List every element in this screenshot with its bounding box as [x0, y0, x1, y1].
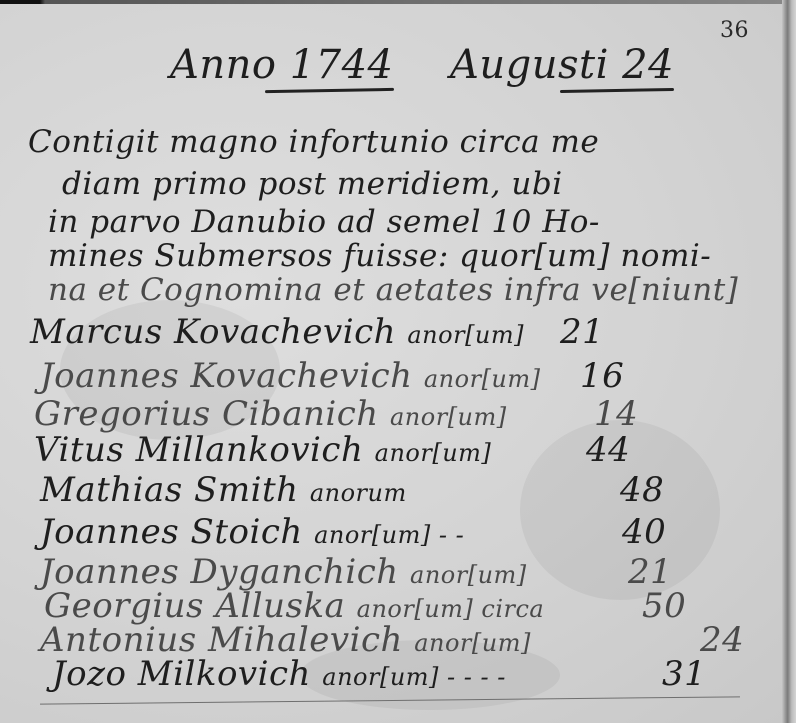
- entry-row: Gregorius Cibanich anor[um] 14: [34, 394, 507, 434]
- body-line-5: na et Cognomina et aetates infra ve[niun…: [48, 272, 738, 308]
- entry-row: Vitus Millankovich anor[um] 44: [34, 430, 491, 470]
- entry-name: Jozo Milkovich: [52, 654, 311, 694]
- entry-age-label: anor[um]: [407, 321, 524, 349]
- entry-age: 50: [642, 586, 686, 626]
- entry-age-label: anor[um]: [390, 403, 507, 431]
- entry-age-label: anor[um]: [410, 561, 527, 589]
- entry-age-label: anor[um] - - - -: [322, 663, 506, 691]
- entry-age-label: anor[um]: [375, 439, 492, 467]
- page-binding-edge: [782, 0, 796, 723]
- heading-year-text: Anno 1744: [170, 42, 394, 88]
- entry-age: 48: [620, 470, 664, 510]
- body-line-4: mines Submersos fuisse: quor[um] nomi-: [48, 238, 711, 274]
- entry-name: Marcus Kovachevich: [30, 312, 396, 352]
- entry-row: Joannes Kovachevich anor[um] 16: [40, 356, 541, 396]
- entry-age: 21: [560, 312, 604, 352]
- entry-age-label: anor[um]: [414, 629, 531, 657]
- entry-row: Mathias Smith anorum 48: [40, 470, 407, 510]
- heading-date: Augusti 24: [450, 42, 674, 88]
- entry-age-label: anor[um] - -: [314, 521, 464, 549]
- entry-age: 24: [700, 620, 744, 660]
- entry-age: 44: [586, 430, 630, 470]
- entry-age: 14: [594, 394, 638, 434]
- entry-row: Joannes Stoich anor[um] - - 40: [40, 512, 464, 552]
- entry-age-label: anor[um]: [424, 365, 541, 393]
- entry-name: Mathias Smith: [40, 470, 299, 510]
- body-line-2: diam primo post meridiem, ubi: [62, 166, 563, 202]
- body-line-1: Contigit magno infortunio circa me: [28, 124, 599, 160]
- body-line-3: in parvo Danubio ad semel 10 Ho-: [48, 204, 600, 240]
- page-number: 36: [720, 18, 749, 43]
- page-top-edge: [0, 0, 796, 4]
- date-underline: [560, 88, 674, 93]
- heading-year: Anno 1744: [170, 42, 394, 88]
- entry-row: Jozo Milkovich anor[um] - - - - 31: [52, 654, 506, 694]
- entry-age: 40: [622, 512, 666, 552]
- register-page: 36 Anno 1744 Augusti 24 Contigit magno i…: [0, 0, 796, 723]
- entry-age: 16: [580, 356, 624, 396]
- entry-name: Joannes Kovachevich: [40, 356, 413, 396]
- heading-date-text: Augusti 24: [450, 42, 674, 88]
- year-underline: [265, 88, 394, 93]
- entry-age: 31: [662, 654, 706, 694]
- entry-name: Vitus Millankovich: [34, 430, 363, 470]
- entry-name: Joannes Stoich: [40, 512, 303, 552]
- entry-age-label: anor[um] circa: [357, 595, 545, 623]
- entry-age-label: anorum: [310, 479, 407, 507]
- entry-name: Gregorius Cibanich: [34, 394, 379, 434]
- entry-row: Marcus Kovachevich anor[um] 21: [30, 312, 524, 352]
